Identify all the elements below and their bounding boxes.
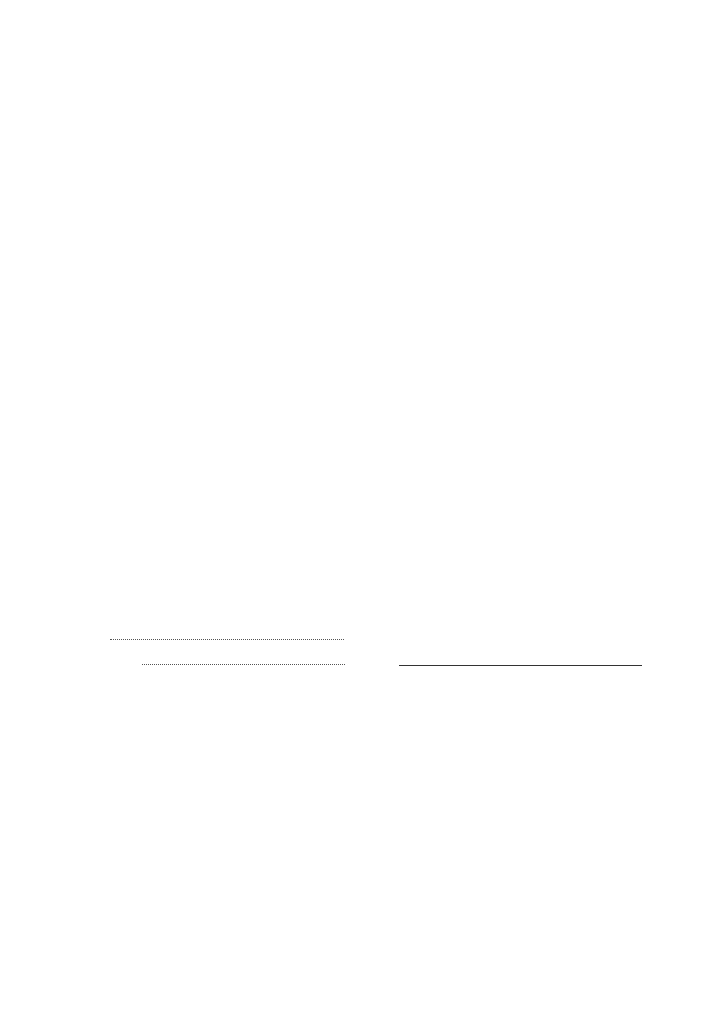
- official-stamp: [302, 670, 438, 806]
- stamp-seal-icon: [302, 670, 438, 806]
- signature-line: [399, 665, 642, 666]
- place-value: [110, 622, 344, 640]
- place-label: [88, 622, 110, 640]
- date-label: [88, 647, 142, 665]
- date-value: [142, 647, 345, 665]
- document-subtitle-place: [0, 119, 725, 135]
- stamp-outer-ring: [305, 673, 435, 803]
- place-row: [88, 622, 344, 640]
- date-row: [88, 647, 345, 665]
- coat-of-arms-double-cross-icon: [347, 710, 393, 780]
